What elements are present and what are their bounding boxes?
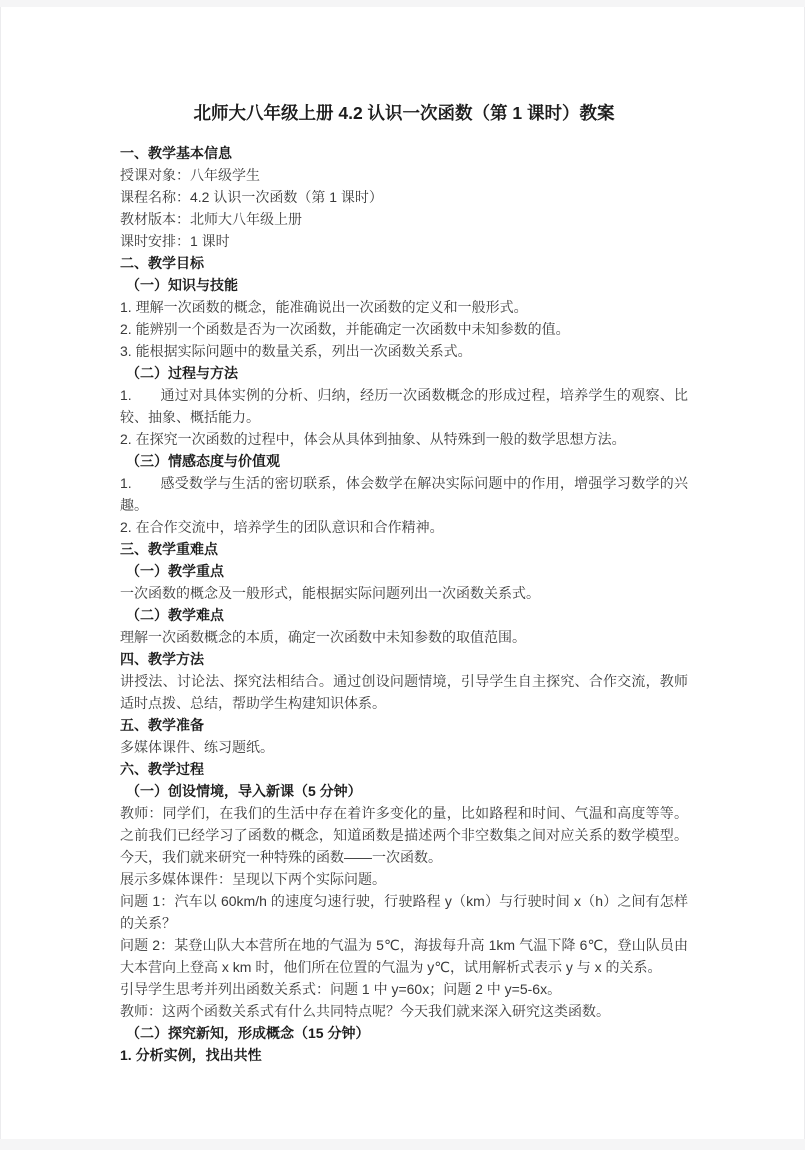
section-heading: 六、教学过程 [120, 758, 688, 780]
body-paragraph: 2. 能辨别一个函数是否为一次函数，并能确定一次函数中未知参数的值。 [120, 318, 688, 340]
body-paragraph: 教师：同学们，在我们的生活中存在着许多变化的量，比如路程和时间、气温和高度等等。… [120, 802, 688, 868]
body-paragraph: 授课对象：八年级学生 [120, 164, 688, 186]
document-body: 一、教学基本信息授课对象：八年级学生课程名称：4.2 认识一次函数（第 1 课时… [120, 142, 688, 1066]
section-heading: 二、教学目标 [120, 252, 688, 274]
numbered-heading: 1. 分析实例，找出共性 [120, 1044, 688, 1066]
document-content: 北师大八年级上册 4.2 认识一次函数（第 1 课时）教案 一、教学基本信息授课… [1, 100, 804, 1066]
section-heading: 五、教学准备 [120, 714, 688, 736]
document-page: 北师大八年级上册 4.2 认识一次函数（第 1 课时）教案 一、教学基本信息授课… [0, 7, 805, 1139]
body-paragraph: 3. 能根据实际问题中的数量关系，列出一次函数关系式。 [120, 340, 688, 362]
subsection-heading: （二）探究新知，形成概念（15 分钟） [120, 1022, 688, 1044]
body-paragraph: 问题 1：汽车以 60km/h 的速度匀速行驶，行驶路程 y（km）与行驶时间 … [120, 890, 688, 934]
body-paragraph: 问题 2：某登山队大本营所在地的气温为 5℃，海拔每升高 1km 气温下降 6℃… [120, 934, 688, 978]
subsection-heading: （一）创设情境，导入新课（5 分钟） [120, 780, 688, 802]
subsection-heading: （二）过程与方法 [120, 362, 688, 384]
body-paragraph: 一次函数的概念及一般形式，能根据实际问题列出一次函数关系式。 [120, 582, 688, 604]
body-paragraph: 课程名称：4.2 认识一次函数（第 1 课时） [120, 186, 688, 208]
body-paragraph: 理解一次函数概念的本质，确定一次函数中未知参数的取值范围。 [120, 626, 688, 648]
body-paragraph: 引导学生思考并列出函数关系式：问题 1 中 y=60x；问题 2 中 y=5-6… [120, 978, 688, 1000]
subsection-heading: （三）情感态度与价值观 [120, 450, 688, 472]
document-title: 北师大八年级上册 4.2 认识一次函数（第 1 课时）教案 [120, 100, 688, 126]
body-paragraph: 2. 在合作交流中，培养学生的团队意识和合作精神。 [120, 516, 688, 538]
body-paragraph: 课时安排：1 课时 [120, 230, 688, 252]
subsection-heading: （一）教学重点 [120, 560, 688, 582]
section-heading: 一、教学基本信息 [120, 142, 688, 164]
section-heading: 三、教学重难点 [120, 538, 688, 560]
body-paragraph: 1. 感受数学与生活的密切联系，体会数学在解决实际问题中的作用，增强学习数学的兴… [120, 472, 688, 516]
subsection-heading: （二）教学难点 [120, 604, 688, 626]
body-paragraph: 多媒体课件、练习题纸。 [120, 736, 688, 758]
body-paragraph: 展示多媒体课件：呈现以下两个实际问题。 [120, 868, 688, 890]
body-paragraph: 教师：这两个函数关系式有什么共同特点呢？今天我们就来深入研究这类函数。 [120, 1000, 688, 1022]
document-viewport: 北师大八年级上册 4.2 认识一次函数（第 1 课时）教案 一、教学基本信息授课… [0, 0, 805, 1150]
body-paragraph: 教材版本：北师大八年级上册 [120, 208, 688, 230]
body-paragraph: 讲授法、讨论法、探究法相结合。通过创设问题情境，引导学生自主探究、合作交流，教师… [120, 670, 688, 714]
body-paragraph: 1. 通过对具体实例的分析、归纳，经历一次函数概念的形成过程，培养学生的观察、比… [120, 384, 688, 428]
body-paragraph: 1. 理解一次函数的概念，能准确说出一次函数的定义和一般形式。 [120, 296, 688, 318]
section-heading: 四、教学方法 [120, 648, 688, 670]
body-paragraph: 2. 在探究一次函数的过程中，体会从具体到抽象、从特殊到一般的数学思想方法。 [120, 428, 688, 450]
subsection-heading: （一）知识与技能 [120, 274, 688, 296]
